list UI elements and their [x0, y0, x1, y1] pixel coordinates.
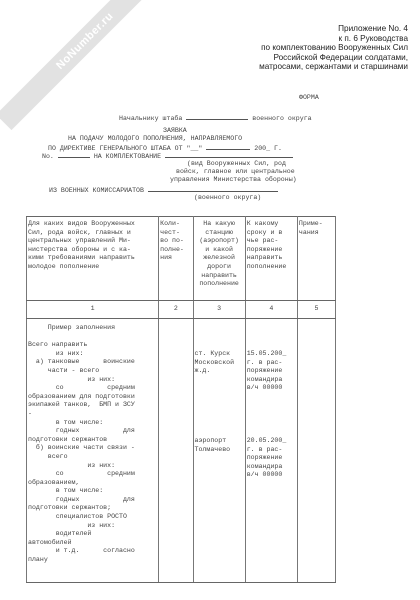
header-text: сроку и в: [247, 229, 296, 238]
example-text: б) воинские части связи -: [28, 444, 157, 453]
header-text: поряжение: [247, 246, 296, 255]
example-text: водителей: [28, 530, 157, 539]
header-cell-station: На какую станцию (аэропорт) и какой желе…: [193, 217, 245, 301]
header-text: Приме-: [299, 220, 334, 229]
header-text: Сил, рода войск, главных и: [28, 229, 157, 238]
number-label: No.: [42, 153, 54, 160]
example-text: в том числе:: [28, 419, 157, 428]
header-text: кими требованиями направить: [28, 254, 157, 263]
appendix-line: Российской Федерации солдатами,: [259, 53, 408, 63]
example-text: в том числе:: [28, 487, 157, 496]
example-text: 15.05.200_: [247, 350, 287, 359]
title-line-2: НА ПОДАЧУ МОЛОДОГО ПОПОЛНЕНИЯ, НАПРАВЛЯЕ…: [68, 135, 242, 142]
example-text: Пример заполнения: [28, 324, 157, 333]
header-text: направить: [195, 272, 244, 281]
example-text: со средним: [28, 470, 157, 479]
example-text: Всего направить: [28, 341, 157, 350]
column-number: 4: [245, 301, 297, 319]
branch-hint-1: (вид Вооруженных Сил, род: [187, 160, 286, 167]
example-text: -: [28, 410, 157, 419]
example-text: и т.д. согласно: [28, 547, 157, 556]
example-text: годных для: [28, 427, 157, 436]
header-cell-purpose: Для каких видов Вооруженных Сил, рода во…: [27, 217, 159, 301]
header-cell-deadline: К какому сроку и в чье рас- поряжение на…: [245, 217, 297, 301]
header-text: центральных управлений Ми-: [28, 237, 157, 246]
header-row: Для каких видов Вооруженных Сил, рода во…: [27, 217, 336, 301]
header-text: станцию: [195, 229, 244, 238]
example-text: поряжение: [247, 367, 287, 376]
appendix-line: матросами, сержантами и старшинами: [259, 62, 408, 72]
appendix-reference: Приложение No. 4 к п. 6 Руководства по к…: [259, 24, 408, 72]
header-text: ния: [160, 254, 191, 263]
example-deadline-cell: 15.05.200_ г. в рас- поряжение командира…: [245, 319, 297, 583]
header-text: чье рас-: [247, 237, 296, 246]
appendix-line: к п. 6 Руководства: [259, 34, 408, 44]
header-text: (аэропорт): [195, 237, 244, 246]
addressee-prefix: Начальнику штаба: [119, 115, 182, 122]
example-text: подготовки сержантов;: [28, 504, 157, 513]
example-text: из них:: [28, 350, 157, 359]
station-entry-2: аэропорт Толмачево: [195, 437, 231, 454]
example-text: аэропорт: [195, 437, 231, 446]
example-text: годных для: [28, 496, 157, 505]
header-text: Для каких видов Вооруженных: [28, 220, 157, 229]
header-text: чания: [299, 229, 334, 238]
example-station-cell: ст. Курск Московской ж.д. аэропорт Толма…: [193, 319, 245, 583]
example-text: автомобилей: [28, 539, 157, 548]
document-title: ЗАЯВКА: [163, 127, 187, 134]
example-text: всего: [28, 453, 157, 462]
example-text: в/ч 00000: [247, 471, 287, 480]
branch-hint-3: управления Министерства обороны): [170, 176, 297, 183]
column-number: 1: [27, 301, 159, 319]
directive-number-field[interactable]: [58, 151, 90, 158]
district-field[interactable]: [186, 113, 248, 120]
request-table: Для каких видов Вооруженных Сил, рода во…: [26, 216, 336, 583]
commissariats-label: ИЗ ВОЕННЫХ КОМИССАРИАТОВ: [49, 187, 144, 194]
addressee-line: Начальнику штаба военного округа: [119, 113, 312, 122]
staffing-label: НА КОМПЛЕКТОВАНИЕ: [94, 153, 161, 160]
column-number: 3: [193, 301, 245, 319]
example-text: г. в рас-: [247, 359, 287, 368]
commissariats-hint: (военного округа): [194, 194, 261, 201]
header-cell-quantity: Коли- чест- во по- полне- ния: [159, 217, 193, 301]
example-text: из них:: [28, 376, 157, 385]
column-number: 5: [297, 301, 335, 319]
commissariats-field[interactable]: [148, 185, 278, 192]
branch-field[interactable]: [165, 151, 293, 158]
header-text: дороги: [195, 263, 244, 272]
example-text: ст. Курск: [195, 350, 235, 359]
example-text: плану: [28, 556, 157, 565]
example-text: командира: [247, 463, 287, 472]
header-text: пополнение: [195, 280, 244, 289]
header-cell-notes: Приме- чания: [297, 217, 335, 301]
example-text: г. в рас-: [247, 446, 287, 455]
example-text: экипажей танков, БМП и ЗСУ: [28, 401, 157, 410]
example-text: образованием,: [28, 479, 157, 488]
header-text: пополнение: [247, 263, 296, 272]
header-text: полне-: [160, 246, 191, 255]
header-text: во по-: [160, 237, 191, 246]
header-text: чест-: [160, 229, 191, 238]
example-text: из них:: [28, 462, 157, 471]
form-label: ФОРМА: [299, 94, 319, 101]
title-line-4: No. НА КОМПЛЕКТОВАНИЕ: [42, 151, 293, 160]
example-row: Пример заполнения Всего направить из них…: [27, 319, 336, 583]
example-text: командира: [247, 376, 287, 385]
column-number: 2: [159, 301, 193, 319]
example-text: Толмачево: [195, 446, 231, 455]
commissariats-line: ИЗ ВОЕННЫХ КОМИССАРИАТОВ: [49, 185, 278, 194]
example-text: ж.д.: [195, 367, 235, 376]
station-entry-1: ст. Курск Московской ж.д.: [195, 350, 235, 376]
watermark: NoNumber.ru: [0, 0, 174, 130]
header-text: направить: [247, 254, 296, 263]
example-text: поряжение: [247, 454, 287, 463]
header-text: молодое пополнение: [28, 263, 157, 272]
header-text: К какому: [247, 220, 296, 229]
deadline-entry-1: 15.05.200_ г. в рас- поряжение командира…: [247, 350, 287, 393]
branch-hint-2: войск, главное или центральное: [176, 168, 295, 175]
example-text: со средним: [28, 384, 157, 393]
appendix-line: Приложение No. 4: [259, 24, 408, 34]
example-text: 20.05.200_: [247, 437, 287, 446]
example-text: специалистов РОСТО: [28, 513, 157, 522]
appendix-line: по комплектованию Вооруженных Сил: [259, 43, 408, 53]
example-quantity-cell: [159, 319, 193, 583]
column-number-row: 1 2 3 4 5: [27, 301, 336, 319]
example-text: части - всего: [28, 367, 157, 376]
example-purpose-cell: Пример заполнения Всего направить из них…: [27, 319, 159, 583]
example-notes-cell: [297, 319, 335, 583]
header-text: Коли-: [160, 220, 191, 229]
header-text: На какую: [195, 220, 244, 229]
example-text: [28, 333, 157, 342]
deadline-entry-2: 20.05.200_ г. в рас- поряжение командира…: [247, 437, 287, 480]
header-text: железной: [195, 254, 244, 263]
addressee-suffix: военного округа: [252, 115, 311, 122]
example-text: в/ч 00000: [247, 384, 287, 393]
example-text: из них:: [28, 522, 157, 531]
example-text: Московской: [195, 359, 235, 368]
example-text: а) танковые воинские: [28, 358, 157, 367]
directive-month-field[interactable]: [206, 143, 250, 150]
